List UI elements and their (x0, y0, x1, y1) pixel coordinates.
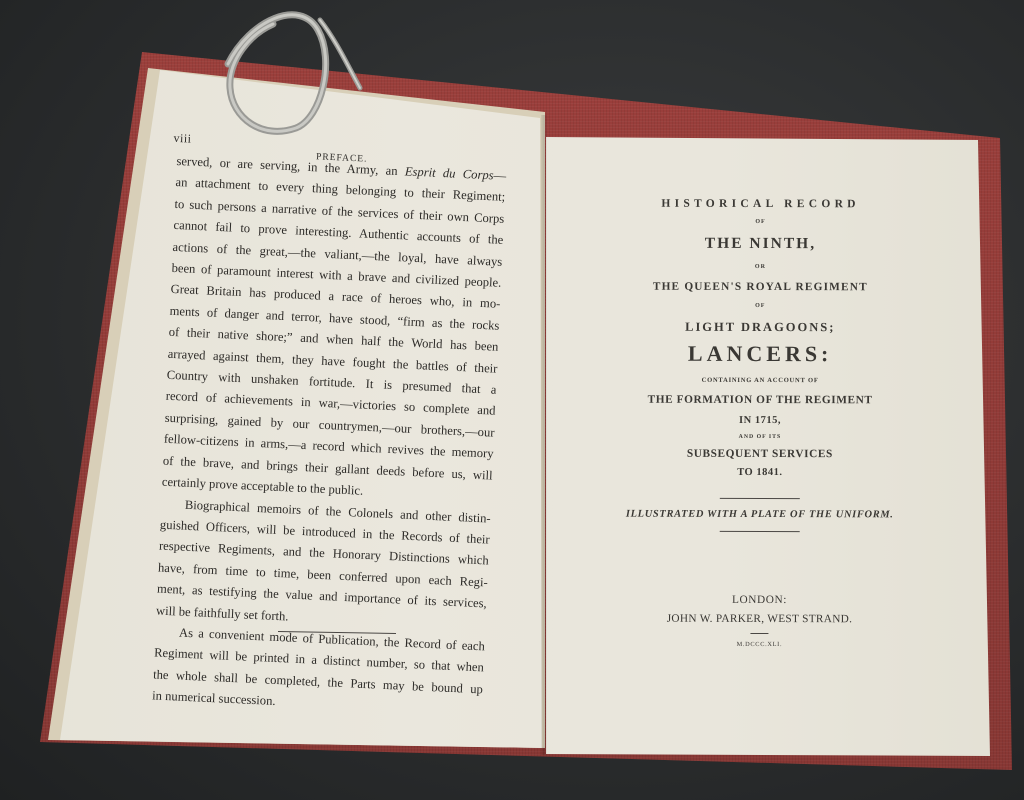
rule-above-illustrated (720, 498, 800, 499)
subtitle-to-year: TO 1841. (590, 467, 930, 479)
title-the-ninth: THE NINTH, (590, 235, 930, 254)
title-lancers: LANCERS: (590, 341, 930, 368)
preface-paragraph: served, or are serving, in the Army, an … (161, 151, 506, 508)
subtitle-subsequent-services: SUBSEQUENT SERVICES (590, 448, 930, 461)
title-of: OF (591, 219, 931, 226)
title-historical-record: HISTORICAL RECORD (591, 198, 931, 211)
preface-paragraph: Biographical memoirs of the Colonels and… (156, 493, 491, 636)
title-queens-royal-regiment: THE QUEEN'S ROYAL REGIMENT (590, 281, 930, 294)
page-number: viii (173, 128, 192, 150)
book-gutter (541, 115, 547, 755)
preface-paragraph: As a convenient mode of Publication, the… (152, 621, 486, 722)
title-page: HISTORICAL RECORD OF THE NINTH, OR THE Q… (589, 198, 930, 649)
imprint-place: LONDON: (590, 594, 930, 607)
subtitle-year: IN 1715, (590, 415, 930, 427)
imprint-publisher: JOHN W. PARKER, WEST STRAND. (589, 613, 929, 626)
title-light-dragoons: LIGHT DRAGOONS; (590, 320, 930, 336)
subtitle-formation: THE FORMATION OF THE REGIMENT (590, 394, 930, 407)
illustrated-note: ILLUSTRATED WITH A PLATE OF THE UNIFORM. (590, 509, 930, 521)
rule-below-illustrated (720, 531, 800, 532)
preface-paragraphs: served, or are serving, in the Army, an … (152, 151, 507, 722)
title-of-2: OF (590, 303, 930, 310)
photo-scene: viii PREFACE. served, or are serving, in… (0, 0, 1024, 800)
imprint-date: M.DCCC.XLI. (589, 641, 929, 649)
imprint-rule (750, 633, 768, 634)
subtitle-and-of-its: AND OF ITS (590, 434, 930, 441)
subtitle-containing: CONTAINING AN ACCOUNT OF (590, 377, 930, 385)
title-or: OR (590, 264, 930, 271)
